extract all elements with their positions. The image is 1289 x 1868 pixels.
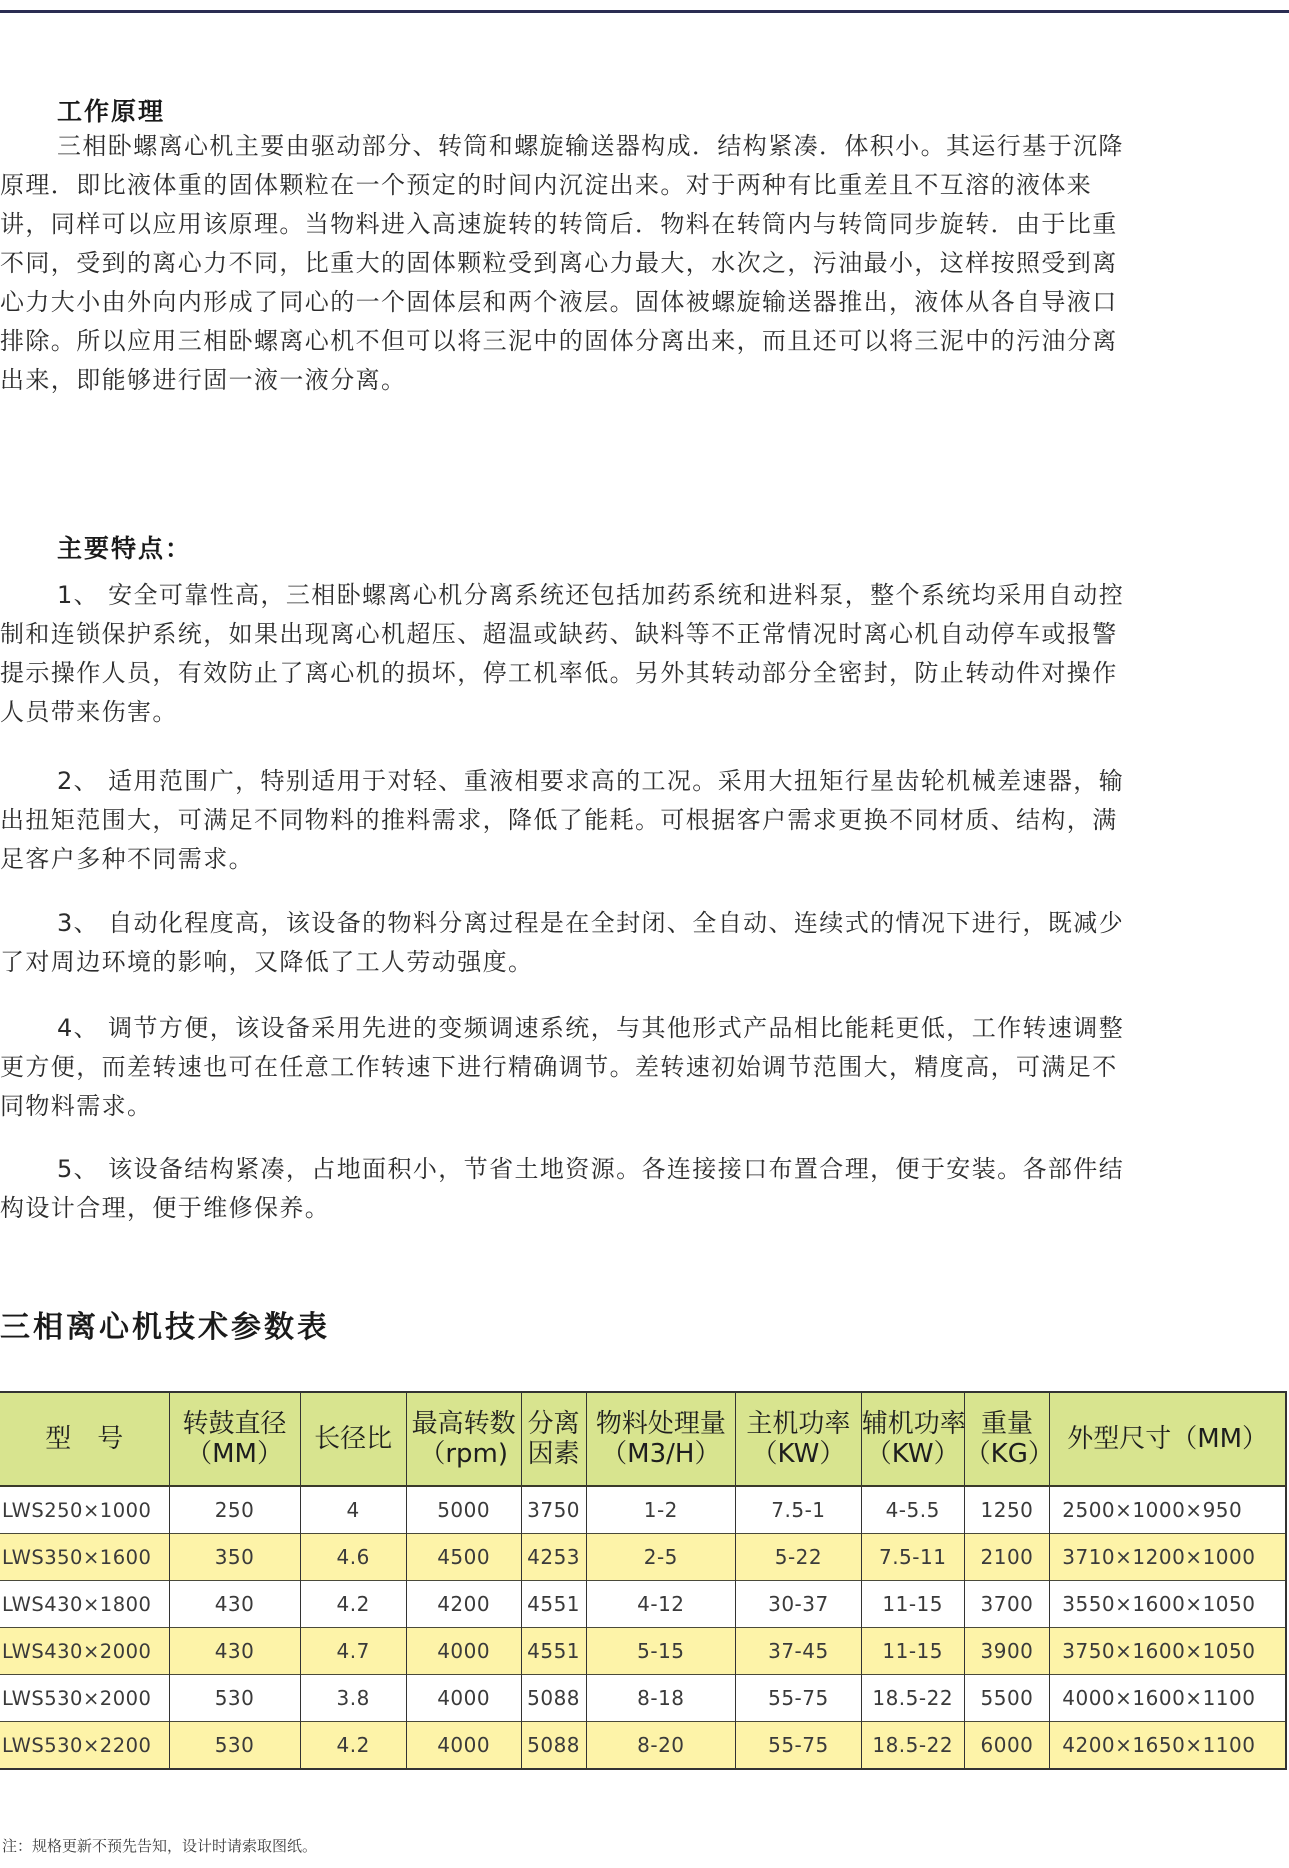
cell: 4.2 <box>300 1581 406 1628</box>
cell: 430 <box>169 1628 300 1675</box>
text-line: 2、 适用范围广，特别适用于对轻、重液相要求高的工况。采用大扭矩行星齿轮机械差速… <box>0 762 1289 801</box>
text-line: 了对周边环境的影响，又降低了工人劳动强度。 <box>0 943 1289 982</box>
text-line: 4、 调节方便，该设备采用先进的变频调速系统，与其他形式产品相比能耗更低，工作转… <box>0 1009 1289 1048</box>
text-line: 足客户多种不同需求。 <box>0 840 1289 879</box>
cell: 8-20 <box>586 1722 736 1770</box>
cell: 5-22 <box>736 1534 862 1581</box>
text-line: 排除。所以应用三相卧螺离心机不但可以将三泥中的固体分离出来，而且还可以将三泥中的… <box>0 322 1289 361</box>
cell: 30-37 <box>736 1581 862 1628</box>
header-drum-diameter: 转鼓直径（MM） <box>169 1392 300 1486</box>
text-line: 同物料需求。 <box>0 1087 1289 1126</box>
cell-dimensions: 3750×1600×1050 <box>1050 1628 1286 1675</box>
cell-dimensions: 3710×1200×1000 <box>1050 1534 1286 1581</box>
cell: 4.6 <box>300 1534 406 1581</box>
text-line: 出扭矩范围大，可满足不同物料的推料需求，降低了能耗。可根据客户需求更换不同材质、… <box>0 801 1289 840</box>
text-line: 人员带来伤害。 <box>0 693 1289 732</box>
cell-model: LWS430×1800 <box>0 1581 169 1628</box>
table-row: LWS530×2000 530 3.8 4000 5088 8-18 55-75… <box>0 1675 1286 1722</box>
header-throughput: 物料处理量（M3/H） <box>586 1392 736 1486</box>
cell: 4000 <box>406 1628 521 1675</box>
cell: 530 <box>169 1675 300 1722</box>
table-row: LWS430×2000 430 4.7 4000 4551 5-15 37-45… <box>0 1628 1286 1675</box>
cell: 2-5 <box>586 1534 736 1581</box>
cell: 4000 <box>406 1722 521 1770</box>
cell: 5088 <box>521 1722 586 1770</box>
cell: 4000 <box>406 1675 521 1722</box>
cell-model: LWS430×2000 <box>0 1628 169 1675</box>
cell: 4 <box>300 1486 406 1534</box>
cell: 4.2 <box>300 1722 406 1770</box>
cell: 350 <box>169 1534 300 1581</box>
cell: 4-12 <box>586 1581 736 1628</box>
header-main-power: 主机功率（KW） <box>736 1392 862 1486</box>
footnote: 注：规格更新不预先告知，设计时请索取图纸。 <box>2 1835 317 1856</box>
cell: 3900 <box>964 1628 1050 1675</box>
text-line: 讲，同样可以应用该原理。当物料进入高速旋转的转筒后．物料在转筒内与转筒同步旋转．… <box>0 205 1289 244</box>
cell: 4551 <box>521 1581 586 1628</box>
cell: 18.5-22 <box>861 1675 964 1722</box>
top-rule <box>0 10 1289 13</box>
cell: 4253 <box>521 1534 586 1581</box>
cell-model: LWS250×1000 <box>0 1486 169 1534</box>
cell: 7.5-1 <box>736 1486 862 1534</box>
cell-model: LWS530×2200 <box>0 1722 169 1770</box>
cell-dimensions: 3550×1600×1050 <box>1050 1581 1286 1628</box>
header-max-speed: 最高转数（rpm) <box>406 1392 521 1486</box>
text-line: 心力大小由外向内形成了同心的一个固体层和两个液层。固体被螺旋输送器推出，液体从各… <box>0 283 1289 322</box>
cell-dimensions: 4000×1600×1100 <box>1050 1675 1286 1722</box>
text-line: 出来，即能够进行固一液一液分离。 <box>0 361 1289 400</box>
cell: 5088 <box>521 1675 586 1722</box>
text-line: 构设计合理，便于维修保养。 <box>0 1189 1289 1228</box>
heading-main-features: 主要特点： <box>57 529 192 565</box>
cell: 4.7 <box>300 1628 406 1675</box>
text-line: 1、 安全可靠性高，三相卧螺离心机分离系统还包括加药系统和进料泵，整个系统均采用… <box>0 576 1289 615</box>
table-row: LWS350×1600 350 4.6 4500 4253 2-5 5-22 7… <box>0 1534 1286 1581</box>
text-line: 不同，受到的离心力不同，比重大的固体颗粒受到离心力最大，水次之，污油最小，这样按… <box>0 244 1289 283</box>
cell: 250 <box>169 1486 300 1534</box>
working-principle-paragraph: 三相卧螺离心机主要由驱动部分、转筒和螺旋输送器构成．结构紧凑．体积小。其运行基于… <box>0 127 1289 400</box>
text-line: 三相卧螺离心机主要由驱动部分、转筒和螺旋输送器构成．结构紧凑．体积小。其运行基于… <box>0 127 1289 166</box>
cell: 3700 <box>964 1581 1050 1628</box>
cell-model: LWS530×2000 <box>0 1675 169 1722</box>
header-model: 型 号 <box>0 1392 169 1486</box>
text-line: 3、 自动化程度高，该设备的物料分离过程是在全封闭、全自动、连续式的情况下进行，… <box>0 904 1289 943</box>
cell-dimensions: 4200×1650×1100 <box>1050 1722 1286 1770</box>
heading-working-principle: 工作原理 <box>57 92 165 128</box>
cell: 11-15 <box>861 1628 964 1675</box>
cell: 8-18 <box>586 1675 736 1722</box>
cell: 4551 <box>521 1628 586 1675</box>
cell: 11-15 <box>861 1581 964 1628</box>
text-line: 更方便，而差转速也可在任意工作转速下进行精确调节。差转速初始调节范围大，精度高，… <box>0 1048 1289 1087</box>
feature-item-2: 2、 适用范围广，特别适用于对轻、重液相要求高的工况。采用大扭矩行星齿轮机械差速… <box>0 762 1289 879</box>
header-weight: 重量（KG） <box>964 1392 1050 1486</box>
spec-table-title: 三相离心机技术参数表 <box>0 1302 330 1346</box>
cell: 1-2 <box>586 1486 736 1534</box>
cell: 3.8 <box>300 1675 406 1722</box>
cell: 4500 <box>406 1534 521 1581</box>
cell: 5500 <box>964 1675 1050 1722</box>
cell: 55-75 <box>736 1675 862 1722</box>
cell: 5000 <box>406 1486 521 1534</box>
header-dimensions: 外型尺寸（MM） <box>1050 1392 1286 1486</box>
cell: 3750 <box>521 1486 586 1534</box>
spec-table: 型 号 转鼓直径（MM） 长径比 最高转数（rpm) 分离因素 物料处理量（M3… <box>0 1391 1287 1770</box>
cell: 1250 <box>964 1486 1050 1534</box>
cell-model: LWS350×1600 <box>0 1534 169 1581</box>
feature-item-4: 4、 调节方便，该设备采用先进的变频调速系统，与其他形式产品相比能耗更低，工作转… <box>0 1009 1289 1126</box>
cell: 37-45 <box>736 1628 862 1675</box>
text-line: 5、 该设备结构紧凑，占地面积小，节省土地资源。各连接接口布置合理，便于安装。各… <box>0 1150 1289 1189</box>
cell: 7.5-11 <box>861 1534 964 1581</box>
text-line: 制和连锁保护系统，如果出现离心机超压、超温或缺药、缺料等不正常情况时离心机自动停… <box>0 615 1289 654</box>
header-separation-factor: 分离因素 <box>521 1392 586 1486</box>
table-row: LWS250×1000 250 4 5000 3750 1-2 7.5-1 4-… <box>0 1486 1286 1534</box>
feature-item-1: 1、 安全可靠性高，三相卧螺离心机分离系统还包括加药系统和进料泵，整个系统均采用… <box>0 576 1289 732</box>
text-line: 提示操作人员，有效防止了离心机的损坏，停工机率低。另外其转动部分全密封，防止转动… <box>0 654 1289 693</box>
text-line: 原理．即比液体重的固体颗粒在一个预定的时间内沉淀出来。对于两种有比重差且不互溶的… <box>0 166 1289 205</box>
table-row: LWS430×1800 430 4.2 4200 4551 4-12 30-37… <box>0 1581 1286 1628</box>
header-length-diameter-ratio: 长径比 <box>300 1392 406 1486</box>
table-row: LWS530×2200 530 4.2 4000 5088 8-20 55-75… <box>0 1722 1286 1770</box>
header-aux-power: 辅机功率（KW） <box>861 1392 964 1486</box>
cell-dimensions: 2500×1000×950 <box>1050 1486 1286 1534</box>
cell: 55-75 <box>736 1722 862 1770</box>
cell: 6000 <box>964 1722 1050 1770</box>
cell: 2100 <box>964 1534 1050 1581</box>
cell: 4200 <box>406 1581 521 1628</box>
cell: 18.5-22 <box>861 1722 964 1770</box>
cell: 530 <box>169 1722 300 1770</box>
feature-item-3: 3、 自动化程度高，该设备的物料分离过程是在全封闭、全自动、连续式的情况下进行，… <box>0 904 1289 982</box>
cell: 430 <box>169 1581 300 1628</box>
table-header-row: 型 号 转鼓直径（MM） 长径比 最高转数（rpm) 分离因素 物料处理量（M3… <box>0 1392 1286 1486</box>
cell: 5-15 <box>586 1628 736 1675</box>
feature-item-5: 5、 该设备结构紧凑，占地面积小，节省土地资源。各连接接口布置合理，便于安装。各… <box>0 1150 1289 1228</box>
cell: 4-5.5 <box>861 1486 964 1534</box>
